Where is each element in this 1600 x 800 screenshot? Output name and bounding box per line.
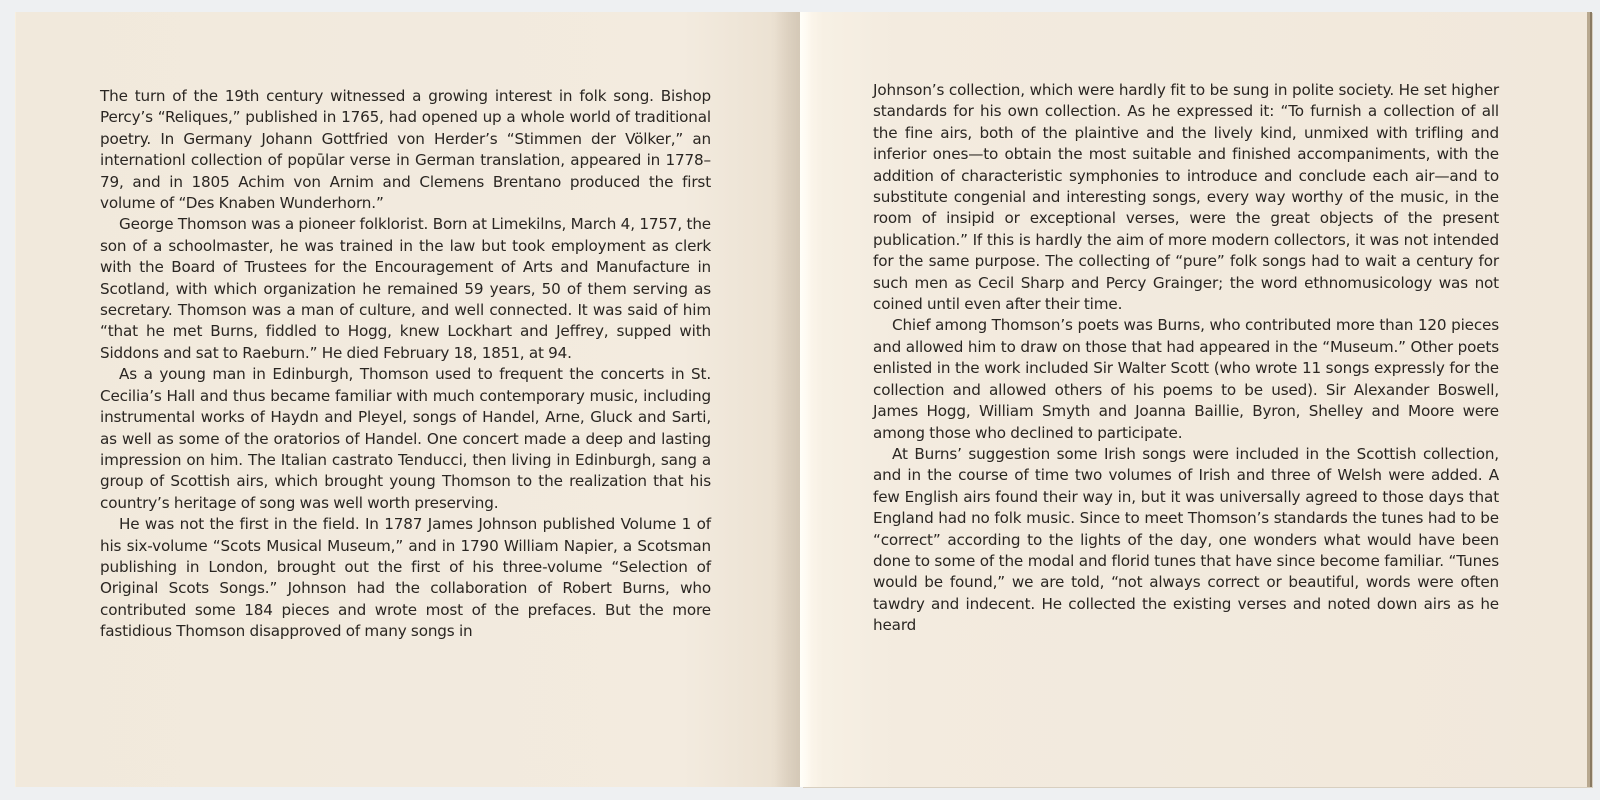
paragraph-edinburgh-concerts: As a young man in Edinburgh, Thomson use… xyxy=(100,364,711,514)
paragraph-thomson-standards: Johnson’s collection, which were hardly … xyxy=(873,80,1499,315)
paragraph-thomson-poets: Chief among Thomson’s poets was Burns, w… xyxy=(873,315,1499,443)
spine-shadow xyxy=(775,12,800,787)
right-page-text: Johnson’s collection, which were hardly … xyxy=(873,80,1499,637)
paragraph-johnson-napier: He was not the first in the field. In 17… xyxy=(100,514,711,642)
spine-gutter xyxy=(800,12,812,787)
left-page-text: The turn of the 19th century witnessed a… xyxy=(100,86,711,643)
paragraph-thomson-biography: George Thomson was a pioneer folklorist.… xyxy=(100,214,711,364)
paragraph-folk-song-interest: The turn of the 19th century witnessed a… xyxy=(100,86,711,214)
paragraph-irish-welsh-songs: At Burns’ suggestion some Irish songs we… xyxy=(873,444,1499,637)
booklet-spread: The turn of the 19th century witnessed a… xyxy=(0,0,1600,800)
